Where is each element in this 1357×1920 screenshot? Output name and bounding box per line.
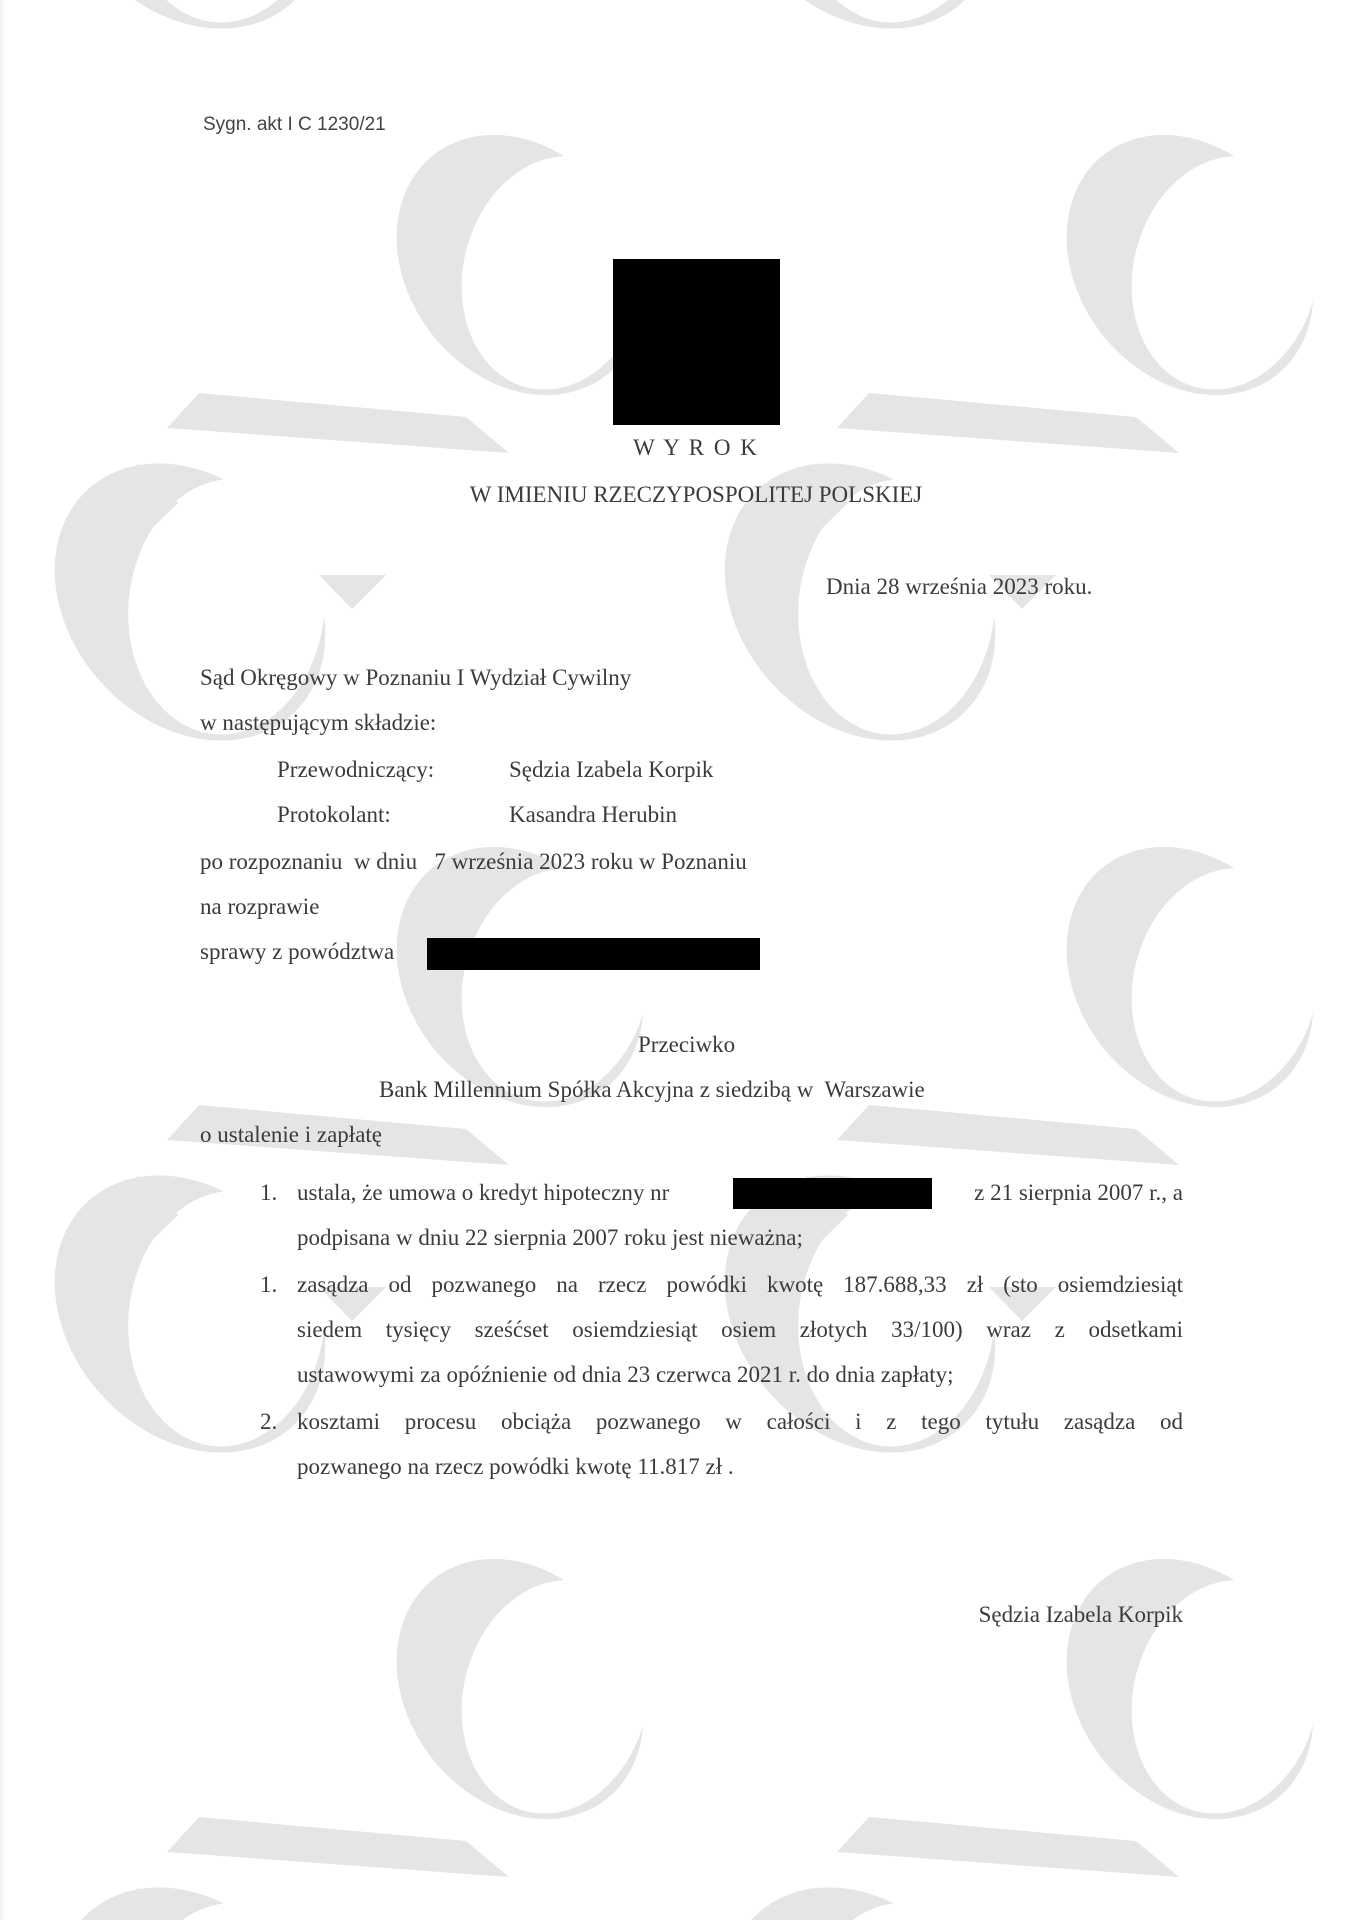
scan-edge: [0, 0, 6, 1920]
hearing-info: po rozpoznaniu w dniu 7 września 2023 ro…: [200, 847, 747, 877]
case-subject: o ustalenie i zapłatę: [200, 1120, 382, 1150]
plaintiff-label: sprawy z powództwa: [200, 937, 394, 967]
panel-name-clerk: Kasandra Herubin: [509, 800, 677, 830]
against-label: Przeciwko: [638, 1030, 735, 1060]
ruling-text-line: pozwanego na rzecz powódki kwotę 11.817 …: [297, 1452, 734, 1482]
ruling-number: 2.: [260, 1407, 277, 1437]
judgment-date: Dnia 28 września 2023 roku.: [826, 572, 1092, 602]
panel-role-chair: Przewodniczący:: [277, 755, 434, 785]
ruling-number: 1.: [260, 1178, 277, 1208]
court-name: Sąd Okręgowy w Poznaniu I Wydział Cywiln…: [200, 663, 631, 693]
ruling-text-line: ustawowymi za opóźnienie od dnia 23 czer…: [297, 1360, 954, 1390]
redacted-plaintiff: [427, 938, 760, 970]
document-page: Sygn. akt I C 1230/21 W Y R O K W IMIENI…: [0, 0, 1357, 1920]
panel-role-clerk: Protokolant:: [277, 800, 391, 830]
ruling-text-line: z 21 sierpnia 2007 r., a: [940, 1178, 1183, 1208]
panel-name-chair: Sędzia Izabela Korpik: [509, 755, 713, 785]
ruling-number: 1.: [260, 1270, 277, 1300]
ruling-text-line: siedem tysięcy sześćset osiemdziesiąt os…: [297, 1315, 1183, 1345]
hearing-type: na rozprawie: [200, 892, 319, 922]
judge-signature: Sędzia Izabela Korpik: [883, 1600, 1183, 1630]
ruling-text-line: kosztami procesu obciąża pozwanego w cał…: [297, 1407, 1183, 1437]
ruling-text-line: zasądza od pozwanego na rzecz powódki kw…: [297, 1270, 1183, 1300]
case-number: Sygn. akt I C 1230/21: [203, 110, 386, 140]
judgment-title: W Y R O K: [396, 433, 996, 463]
ruling-text-line: podpisana w dniu 22 sierpnia 2007 roku j…: [297, 1223, 803, 1253]
defendant-name: Bank Millennium Spółka Akcyjna z siedzib…: [379, 1075, 925, 1105]
redacted-contract-number: [733, 1178, 932, 1209]
composition-label: w następującym składzie:: [200, 708, 436, 738]
ruling-text-line: ustala, że umowa o kredyt hipoteczny nr: [297, 1178, 727, 1208]
redacted-emblem: [613, 259, 780, 425]
judgment-subtitle: W IMIENIU RZECZYPOSPOLITEJ POLSKIEJ: [396, 480, 996, 510]
